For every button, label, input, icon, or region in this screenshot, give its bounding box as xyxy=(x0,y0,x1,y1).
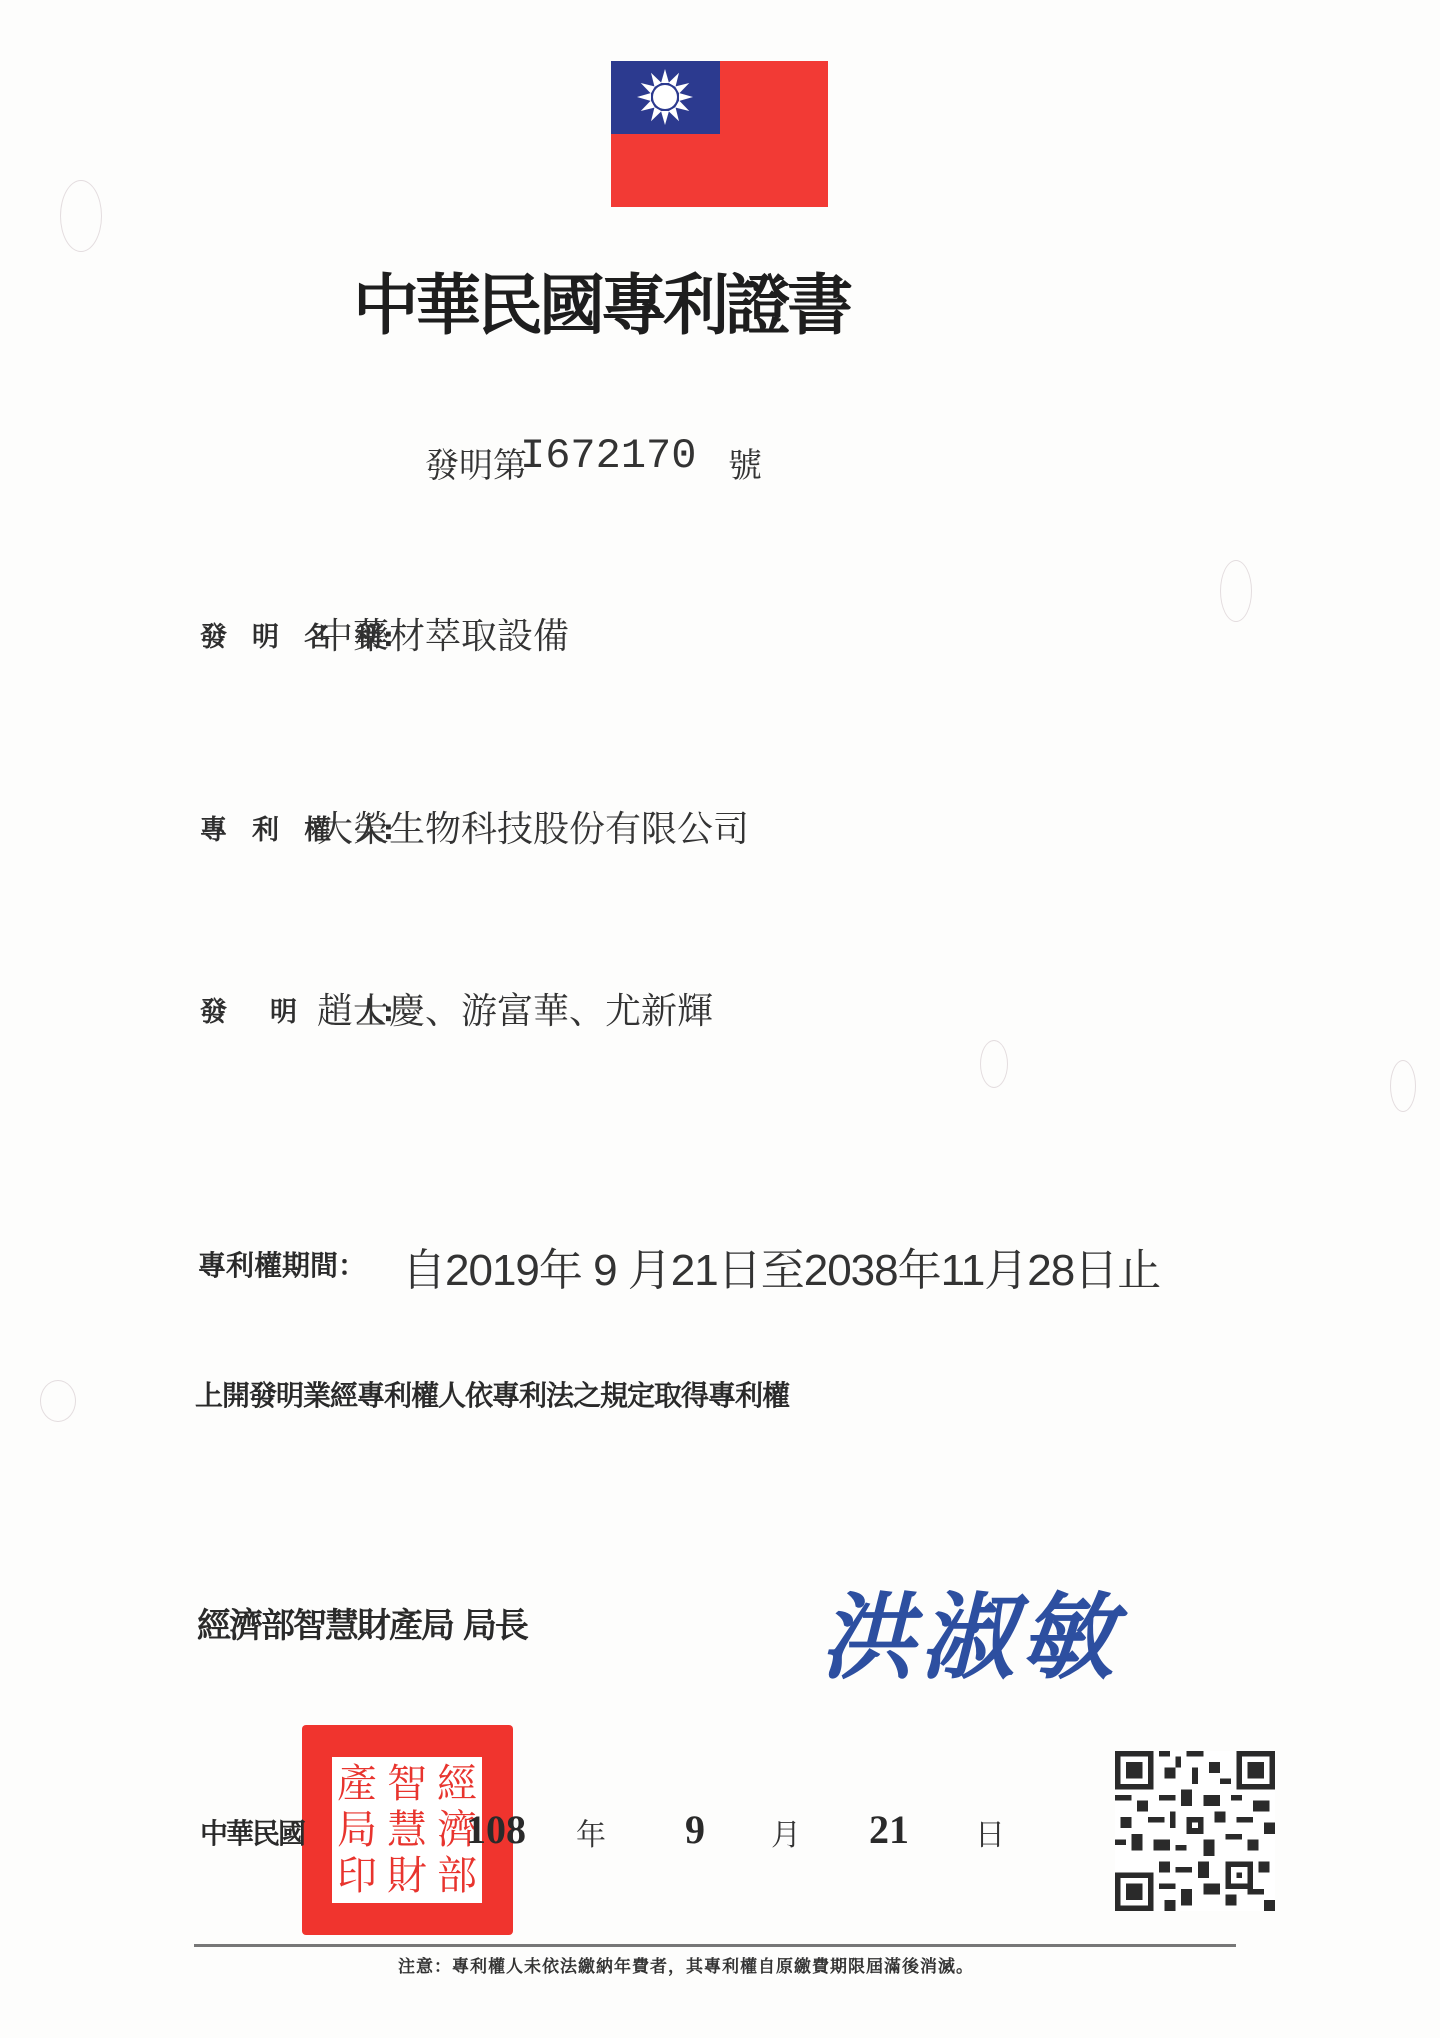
date-day: 21 xyxy=(869,1806,909,1853)
footer-note: 注意：專利權人未依法繳納年費者，其專利權自原繳費期限屆滿後消滅。 xyxy=(398,1952,974,1977)
qr-code-icon xyxy=(1115,1751,1275,1911)
director-signature: 洪淑敏 xyxy=(820,1562,1120,1697)
seal-column: 產 局 印 xyxy=(337,1761,377,1899)
white-sun-icon xyxy=(635,67,695,127)
grant-statement: 上開發明業經專利權人依專利法之規定取得專利權 xyxy=(195,1374,789,1414)
patent-number-suffix: 號 xyxy=(728,438,762,487)
patentee-value: 大榮生物科技股份有限公司 xyxy=(317,801,749,852)
paper-fiber xyxy=(60,180,102,252)
seal-inner: 經 濟 部 智 慧 財 產 局 印 xyxy=(332,1757,482,1903)
date-era: 中華民國 xyxy=(200,1812,304,1852)
flag-canton xyxy=(611,61,720,134)
seal-column: 智 慧 財 xyxy=(387,1761,427,1899)
label-char: 發 xyxy=(200,990,270,1029)
invention-title-value: 中藥材萃取設備 xyxy=(317,608,569,659)
label-char: 專 xyxy=(200,808,252,847)
footer-divider xyxy=(194,1944,1236,1947)
patent-period-value: 自2019年 9 月21日至2038年11月28日止 xyxy=(402,1234,1160,1298)
label-char: 利 xyxy=(252,808,304,847)
paper-fiber xyxy=(40,1380,76,1422)
roc-flag-icon xyxy=(611,61,828,207)
label-char: 發 xyxy=(200,615,252,654)
patent-number: I672170 xyxy=(520,432,696,480)
seal-char: 產 xyxy=(337,1761,377,1807)
seal-char: 經 xyxy=(437,1761,477,1807)
patent-period-label: 專利權期間： xyxy=(198,1244,366,1284)
seal-char: 財 xyxy=(387,1853,427,1899)
label-char: 明 xyxy=(252,615,304,654)
seal-char: 部 xyxy=(437,1853,477,1899)
seal-char: 印 xyxy=(337,1853,377,1899)
inventors-value: 趙士慶、游富華、尤新輝 xyxy=(317,983,713,1034)
seal-char: 智 xyxy=(387,1761,427,1807)
paper-fiber xyxy=(1390,1060,1416,1112)
date-month: 9 xyxy=(685,1806,705,1853)
date-day-unit: 日 xyxy=(975,1810,1005,1854)
patent-number-prefix: 發明第 xyxy=(425,438,527,487)
paper-fiber xyxy=(1220,560,1252,622)
date-year: 108 xyxy=(466,1806,526,1853)
paper-fiber xyxy=(980,1040,1008,1088)
certificate-title: 中華民國專利證書 xyxy=(348,252,854,347)
seal-char: 局 xyxy=(337,1807,377,1853)
date-year-unit: 年 xyxy=(576,1810,606,1854)
date-month-unit: 月 xyxy=(771,1810,801,1854)
seal-char: 慧 xyxy=(387,1807,427,1853)
issuing-authority: 經濟部智慧財產局 局長 xyxy=(197,1598,527,1647)
